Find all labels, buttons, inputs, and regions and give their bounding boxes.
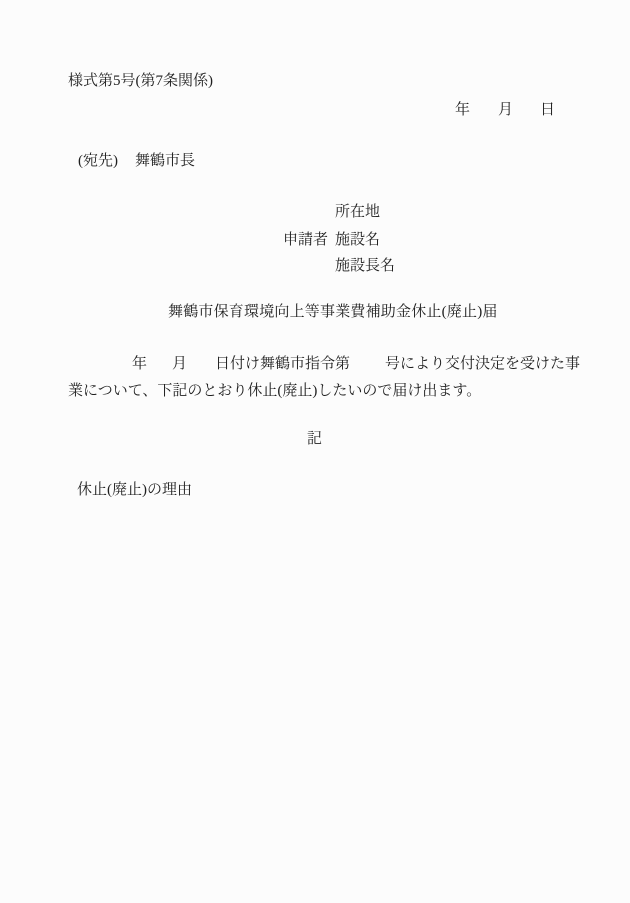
form-number: 様式第5号(第7条関係) xyxy=(68,71,213,91)
date-month-label: 月 xyxy=(498,100,513,120)
date-day-label: 日 xyxy=(540,100,555,120)
location-label: 所在地 xyxy=(335,202,380,222)
applicant-facility-line: 申請者 施設名 xyxy=(0,230,630,250)
body-line-1: 年 月 日付け舞鶴市指令第 号により交付決定を受けた事 xyxy=(0,354,630,374)
date-line: 年 月 日 xyxy=(0,100,630,120)
applicant-label: 申請者 xyxy=(283,230,328,250)
director-name-label: 施設長名 xyxy=(335,256,395,276)
document-page: 様式第5号(第7条関係) 年 月 日 (宛先) 舞鶴市長 所在地 申請者 施設名… xyxy=(0,0,630,903)
reason-label: 休止(廃止)の理由 xyxy=(77,480,192,500)
body-day-directive-text: 日付け舞鶴市指令第 xyxy=(215,354,350,374)
document-title: 舞鶴市保育環境向上等事業費補助金休止(廃止)届 xyxy=(168,302,498,322)
applicant-director-line: 施設長名 xyxy=(0,256,630,276)
body-line-2: 業について、下記のとおり休止(廃止)したいので届け出ます。 xyxy=(68,381,481,401)
body-number-rest-text: 号により交付決定を受けた事 xyxy=(385,354,580,374)
body-month-label: 月 xyxy=(172,354,187,374)
date-year-label: 年 xyxy=(455,100,470,120)
body-year-label: 年 xyxy=(132,354,147,374)
applicant-location-line: 所在地 xyxy=(0,202,630,222)
addressee-name: 舞鶴市長 xyxy=(135,151,195,171)
addressee-prefix: (宛先) xyxy=(78,151,118,171)
facility-name-label: 施設名 xyxy=(335,230,380,250)
record-marker: 記 xyxy=(307,429,322,449)
addressee-line: (宛先) 舞鶴市長 xyxy=(0,151,630,171)
